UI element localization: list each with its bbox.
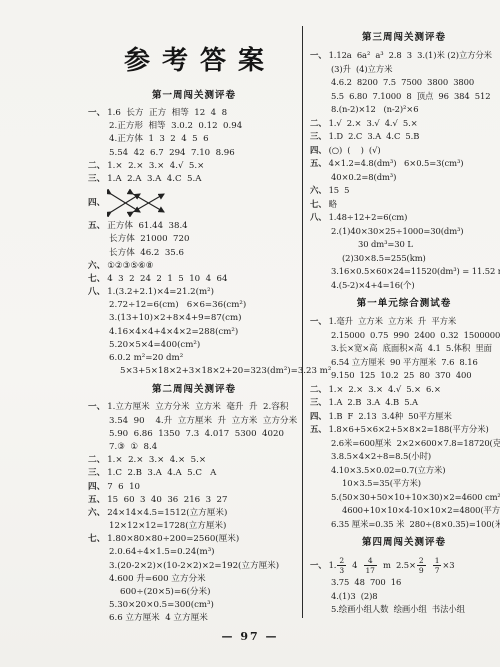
- answer-line: 一、1.立方厘米 立方分米 立方米 毫升 升 2.容积: [88, 401, 300, 414]
- fraction: 17: [433, 557, 442, 575]
- matching-lines-diagram: [107, 189, 171, 217]
- answer-line: 一、1.12a 6a² a³ 2.8 3 3.(1)米 (2)立方分米: [310, 49, 498, 63]
- answer-line: 七、1.80×80×80÷200=2560(厘米): [88, 533, 300, 546]
- answer-line: 二、1.× 2.× 3.× 4.× 5.×: [88, 454, 300, 467]
- answer-text: 10×3.5=35(平方米): [342, 478, 421, 488]
- answer-line: 2.6米=600厘米 2×2×600×7.8=18720(克): [310, 437, 498, 451]
- answer-line: 二、1.× 2.× 3.× 4.√ 5.×: [88, 160, 300, 173]
- answer-line: 5.90 6.86 1350 7.3 4.017 5300 4020: [88, 428, 300, 441]
- answer-line: 一、1.23 4 417 m 2.5×29 17×3: [310, 554, 498, 576]
- answer-text: 5.30×20×0.5=300(cm³): [109, 600, 214, 610]
- answer-text: 4.正方体 1 3 2 4 5 6: [109, 134, 209, 144]
- answer-text: 6.35 厘米=0.35 米 280÷(8×0.35)=100(米): [331, 519, 500, 529]
- answer-line: 5.54 42 6.7 294 7.10 8.96: [88, 147, 300, 160]
- answer-line: 八、1.48÷12+2=6(cm): [310, 211, 498, 225]
- answer-line: 四、(○) ( ) (√): [310, 144, 498, 158]
- item-marker: 二、: [310, 384, 329, 394]
- answer-text: 长方体 21000 720: [109, 234, 189, 244]
- item-marker: 七、: [88, 534, 107, 544]
- answer-text: 6.6 立方厘米 4 立方厘米: [109, 613, 208, 623]
- section-header: 第四周闯关测评卷: [310, 536, 498, 550]
- answer-line: 一、1.毫升 立方米 立方米 升 平方米: [310, 315, 498, 329]
- answer-text: 40×0.2=8(dm³): [331, 172, 396, 182]
- answer-text: 4 3 2 24 2 1 5 10 4 64: [107, 274, 227, 284]
- answer-text: 30 dm³=30 L: [358, 239, 413, 249]
- answer-line: 2.(1)40×30×25÷1000=30(dm³): [310, 225, 498, 239]
- answer-text: 24×14×4.5=1512(立方厘米): [107, 508, 227, 518]
- item-marker: 三、: [88, 174, 107, 184]
- item-marker: 三、: [310, 397, 329, 407]
- item-marker: 六、: [88, 261, 107, 271]
- answer-text: 6.0.2 m²=20 dm²: [109, 353, 183, 363]
- answer-text: 5.绘画小组人数 绘画小组 书法小组: [331, 604, 465, 614]
- answer-text: 4.10×3.5×0.02=0.7(立方米): [331, 465, 445, 475]
- answer-text: 1.A 2.B 3.A 4.B 5.A: [329, 397, 418, 407]
- answer-line: 3.16×0.5×60×24=11520(dm³) = 11.52 m³: [310, 265, 498, 279]
- answer-text: 600÷(20×5)=6(分米): [120, 587, 210, 597]
- answer-text: 3.16×0.5×60×24=11520(dm³) = 11.52 m³: [331, 266, 500, 276]
- item-marker: 三、: [310, 131, 329, 141]
- answer-text: 1.48÷12+2=6(cm): [329, 212, 408, 222]
- answer-text: 2.72÷12=6(cm) 6×6=36(cm²): [109, 300, 246, 310]
- answer-line: 30 dm³=30 L: [310, 238, 498, 252]
- answer-line: 7.③ ① 8.4: [88, 441, 300, 454]
- answer-text: 1.23 4 417 m 2.5×29 17×3: [329, 554, 455, 576]
- answer-text: 12×12×12=1728(立方厘米): [109, 521, 226, 531]
- answer-line: 4.6.2 8200 7.5 7500 3800 3800: [310, 76, 498, 90]
- answer-line: 五、15 60 3 40 36 216 3 27: [88, 494, 300, 507]
- item-marker: 五、: [88, 495, 107, 505]
- answer-line: 12×12×12=1728(立方厘米): [88, 520, 300, 533]
- item-marker: 二、: [88, 455, 107, 465]
- page-number: — 97 —: [0, 630, 500, 643]
- answer-line: 6.54 立方厘米 90 平方厘米 7.6 8.16: [310, 356, 498, 370]
- answer-line: 5.绘画小组人数 绘画小组 书法小组: [310, 603, 498, 617]
- answer-line: 9.150 125 10.2 25 80 370 400: [310, 369, 498, 383]
- answer-line: 6.35 厘米=0.35 米 280÷(8×0.35)=100(米): [310, 518, 498, 532]
- answer-text: 3.(13+10)×2+8×4+9=87(cm): [109, 313, 241, 323]
- item-marker: 五、: [310, 158, 329, 168]
- answer-text: 2.6米=600厘米 2×2×600×7.8=18720(克): [331, 438, 500, 448]
- answer-text: 15 5: [329, 185, 350, 195]
- answer-text: 3.(20-2×2)×(10-2×2)×2=192(立方厘米): [109, 561, 279, 571]
- answer-line: 长方体 21000 720: [88, 233, 300, 246]
- answer-line: (2)30×8.5=255(km): [310, 252, 498, 266]
- item-marker: 八、: [88, 287, 107, 297]
- answer-line: 三、1.A 2.A 3.A 4.C 5.A: [88, 173, 300, 186]
- answer-text: 4.6.2 8200 7.5 7500 3800 3800: [331, 77, 474, 87]
- answer-line: 600÷(20×5)=6(分米): [88, 586, 300, 599]
- scanned-answer-page: 参考答案 第一周闯关测评卷一、1.6 长方 正方 相等 12 4 82.正方形 …: [0, 0, 500, 667]
- answer-line: 六、15 5: [310, 184, 498, 198]
- left-column: 参考答案 第一周闯关测评卷一、1.6 长方 正方 相等 12 4 82.正方形 …: [88, 26, 300, 626]
- answer-text: 5.5 6.80 7.1000 8 顶点 96 384 512: [331, 91, 490, 101]
- answer-text: 5.90 6.86 1350 7.3 4.017 5300 4020: [109, 429, 284, 439]
- item-marker: 五、: [88, 221, 107, 231]
- item-marker: 一、: [310, 554, 329, 576]
- answer-text: 1.× 2.× 3.× 4.√ 5.×: [107, 161, 204, 171]
- section-header: 第一周闯关测评卷: [88, 89, 300, 103]
- answer-line: 六、①②③⑤⑥⑧: [88, 260, 300, 273]
- answer-line: 4.正方体 1 3 2 4 5 6: [88, 133, 300, 146]
- answer-text: 1.C 2.B 3.A 4.A 5.C A: [107, 468, 216, 478]
- answer-line: 5×3+5×18×2+3×18×2+20=323(dm²)=3.23 m²: [88, 365, 300, 378]
- item-marker: 五、: [310, 424, 329, 434]
- item-marker: 八、: [310, 212, 329, 222]
- answer-line: 6.6 立方厘米 4 立方厘米: [88, 612, 300, 625]
- answer-text: 1.B F 2.13 3.4种 50平方厘米: [329, 411, 452, 421]
- answer-text: 3.54 90 4.升 立方厘米 升 立方米 立方分米: [109, 416, 297, 426]
- answer-text: 2.正方形 相等 3.0.2 0.12 0.94: [109, 121, 242, 131]
- section-header: 第一单元综合测试卷: [310, 297, 498, 311]
- answer-text: 5×3+5×18×2+3×18×2+20=323(dm²)=3.23 m²: [120, 366, 331, 376]
- answer-text: 1.× 2.× 3.× 4.√ 5.× 6.×: [329, 384, 441, 394]
- item-marker: 七、: [310, 199, 329, 209]
- answer-text: 1.(3.2+2.1)×4=21.2(m²): [107, 287, 214, 297]
- answer-line: 三、1.A 2.B 3.A 4.B 5.A: [310, 396, 498, 410]
- answer-text: 4.600 升=600 立方分米: [109, 574, 206, 584]
- answer-line: 五、4×1.2=4.8(dm³) 6×0.5=3(cm³): [310, 157, 498, 171]
- answer-text: (3)升 (4)立方米: [331, 64, 392, 74]
- answer-text: 3.75 48 700 16: [331, 577, 401, 587]
- answer-line: 3.75 48 700 16: [310, 576, 498, 590]
- answer-line: (3)升 (4)立方米: [310, 63, 498, 77]
- answer-line: 2.15000 0.75 990 2400 0.32 1500000: [310, 329, 498, 343]
- section-header: 第二周闯关测评卷: [88, 383, 300, 397]
- item-marker: 七、: [88, 274, 107, 284]
- answer-text: 2.0.64÷4×1.5=0.24(m³): [109, 547, 215, 557]
- answer-line: 五、1.8×6+5×6×2+5×8×2=188(平方分米): [310, 423, 498, 437]
- answer-text: 7.③ ① 8.4: [109, 442, 157, 452]
- answer-text: 1.12a 6a² a³ 2.8 3 3.(1)米 (2)立方分米: [329, 50, 492, 60]
- answer-line: 长方体 46.2 35.6: [88, 247, 300, 260]
- answer-line: 八、1.(3.2+2.1)×4=21.2(m²): [88, 286, 300, 299]
- answer-line: 5.30×20×0.5=300(cm³): [88, 599, 300, 612]
- answer-text: 长方体 46.2 35.6: [109, 248, 184, 258]
- answer-line: 六、24×14×4.5=1512(立方厘米): [88, 507, 300, 520]
- answer-line: 3.54 90 4.升 立方厘米 升 立方米 立方分米: [88, 415, 300, 428]
- item-marker: 一、: [310, 316, 329, 326]
- page-title: 参考答案: [88, 40, 300, 77]
- right-column: 第三周闯关测评卷一、1.12a 6a² a³ 2.8 3 3.(1)米 (2)立…: [310, 26, 498, 617]
- item-marker: 一、: [310, 50, 329, 60]
- answer-text: 4600+10×10×4-10×10×2=4800(平方厘米): [342, 505, 500, 515]
- section-header: 第三周闯关测评卷: [310, 31, 498, 45]
- answer-text: 7 6 10: [107, 482, 140, 492]
- answer-text: 1.6 长方 正方 相等 12 4 8: [107, 108, 227, 118]
- answer-line: 四、1.B F 2.13 3.4种 50平方厘米: [310, 410, 498, 424]
- answer-line: 10×3.5=35(平方米): [310, 477, 498, 491]
- answer-text: ①②③⑤⑥⑧: [107, 261, 153, 271]
- answer-line: 4.(1)3 (2)8: [310, 590, 498, 604]
- answer-line: 4.10×3.5×0.02=0.7(立方米): [310, 464, 498, 478]
- answer-line: 5.5 6.80 7.1000 8 顶点 96 384 512: [310, 90, 498, 104]
- answer-text: (2)30×8.5=255(km): [342, 253, 426, 263]
- item-marker: 二、: [310, 118, 329, 128]
- answer-text: 15 60 3 40 36 216 3 27: [107, 495, 227, 505]
- answer-text: 2.(1)40×30×25÷1000=30(dm³): [331, 226, 463, 236]
- answer-line: 4600+10×10×4-10×10×2=4800(平方厘米): [310, 504, 498, 518]
- answer-text: 略: [329, 199, 337, 209]
- answer-line: 2.正方形 相等 3.0.2 0.12 0.94: [88, 120, 300, 133]
- answer-text: 1.8×6+5×6×2+5×8×2=188(平方分米): [329, 424, 489, 434]
- answer-line: 3.8.5×4×2÷8=8.5(小时): [310, 450, 498, 464]
- answer-line: 2.72÷12=6(cm) 6×6=36(cm²): [88, 299, 300, 312]
- answer-text: 4×1.2=4.8(dm³) 6×0.5=3(cm³): [329, 158, 464, 168]
- answer-line: 二、1.× 2.× 3.× 4.√ 5.× 6.×: [310, 383, 498, 397]
- answer-text: 4.16×4×4+4×4×2=288(cm²): [109, 327, 238, 337]
- answer-line: 四、7 6 10: [88, 481, 300, 494]
- answer-line: 二、1.√ 2.× 3.√ 4.√ 5.×: [310, 117, 498, 131]
- answer-line: 七、4 3 2 24 2 1 5 10 4 64: [88, 273, 300, 286]
- answer-text: 正方体 61.44 38.4: [107, 221, 187, 231]
- answer-text: 1.D 2.C 3.A 4.C 5.B: [329, 131, 420, 141]
- answer-text: 1.× 2.× 3.× 4.× 5.×: [107, 455, 206, 465]
- answer-line: 5.(50×30+50×10+10×30)×2=4600 cm²: [310, 491, 498, 505]
- answer-line: 4.(5-2)×4+4=16(个): [310, 279, 498, 293]
- answer-text: 1.80×80×80÷200=2560(厘米): [107, 534, 239, 544]
- answer-text: 4.(1)3 (2)8: [331, 591, 378, 601]
- answer-text: 5.54 42 6.7 294 7.10 8.96: [109, 148, 235, 158]
- answer-text: 1.√ 2.× 3.√ 4.√ 5.×: [329, 118, 418, 128]
- item-marker: 四、: [88, 186, 107, 220]
- answer-text: 1.立方厘米 立方分米 立方米 毫升 升 2.容积: [107, 402, 288, 412]
- column-divider: [302, 26, 303, 618]
- answer-text: 3.8.5×4×2÷8=8.5(小时): [331, 451, 431, 461]
- fraction: 23: [337, 557, 346, 575]
- item-marker: 一、: [88, 108, 107, 118]
- answer-text: 9.150 125 10.2 25 80 370 400: [331, 370, 471, 380]
- answer-text: 2.15000 0.75 990 2400 0.32 1500000: [331, 330, 500, 340]
- answer-text: 6.54 立方厘米 90 平方厘米 7.6 8.16: [331, 357, 478, 367]
- matching-diagram-row: 四、: [88, 186, 300, 220]
- item-marker: 四、: [310, 411, 329, 421]
- item-marker: 六、: [88, 508, 107, 518]
- answer-text: 1.A 2.A 3.A 4.C 5.A: [107, 174, 201, 184]
- answer-line: 3.(13+10)×2+8×4+9=87(cm): [88, 312, 300, 325]
- answer-text: 5.(50×30+50×10+10×30)×2=4600 cm²: [331, 492, 500, 502]
- answer-line: 3.长×宽×高 底面积×高 4.1 5.体积 里面: [310, 342, 498, 356]
- answer-line: 6.0.2 m²=20 dm²: [88, 352, 300, 365]
- answer-text: 8.(n-2)×12 (n-2)²×6: [331, 104, 418, 114]
- answer-text: 5.20×5×4=400(cm²): [109, 340, 200, 350]
- fraction: 417: [364, 557, 377, 575]
- answer-text: (○) ( ) (√): [329, 145, 381, 155]
- answer-line: 5.20×5×4=400(cm²): [88, 339, 300, 352]
- answer-line: 8.(n-2)×12 (n-2)²×6: [310, 103, 498, 117]
- answer-line: 三、1.D 2.C 3.A 4.C 5.B: [310, 130, 498, 144]
- answer-line: 4.16×4×4+4×4×2=288(cm²): [88, 326, 300, 339]
- item-marker: 二、: [88, 161, 107, 171]
- item-marker: 一、: [88, 402, 107, 412]
- item-marker: 三、: [88, 468, 107, 478]
- answer-line: 2.0.64÷4×1.5=0.24(m³): [88, 546, 300, 559]
- answer-line: 一、1.6 长方 正方 相等 12 4 8: [88, 107, 300, 120]
- answer-line: 3.(20-2×2)×(10-2×2)×2=192(立方厘米): [88, 560, 300, 573]
- answer-text: 1.毫升 立方米 立方米 升 平方米: [329, 316, 457, 326]
- answer-text: 3.长×宽×高 底面积×高 4.1 5.体积 里面: [331, 343, 492, 353]
- answer-line: 七、略: [310, 198, 498, 212]
- answer-line: 五、正方体 61.44 38.4: [88, 220, 300, 233]
- item-marker: 四、: [310, 145, 329, 155]
- answer-text: 4.(5-2)×4+4=16(个): [331, 280, 415, 290]
- item-marker: 六、: [310, 185, 329, 195]
- answer-line: 三、1.C 2.B 3.A 4.A 5.C A: [88, 467, 300, 480]
- answer-line: 40×0.2=8(dm³): [310, 171, 498, 185]
- item-marker: 四、: [88, 482, 107, 492]
- fraction: 29: [417, 557, 426, 575]
- answer-line: 4.600 升=600 立方分米: [88, 573, 300, 586]
